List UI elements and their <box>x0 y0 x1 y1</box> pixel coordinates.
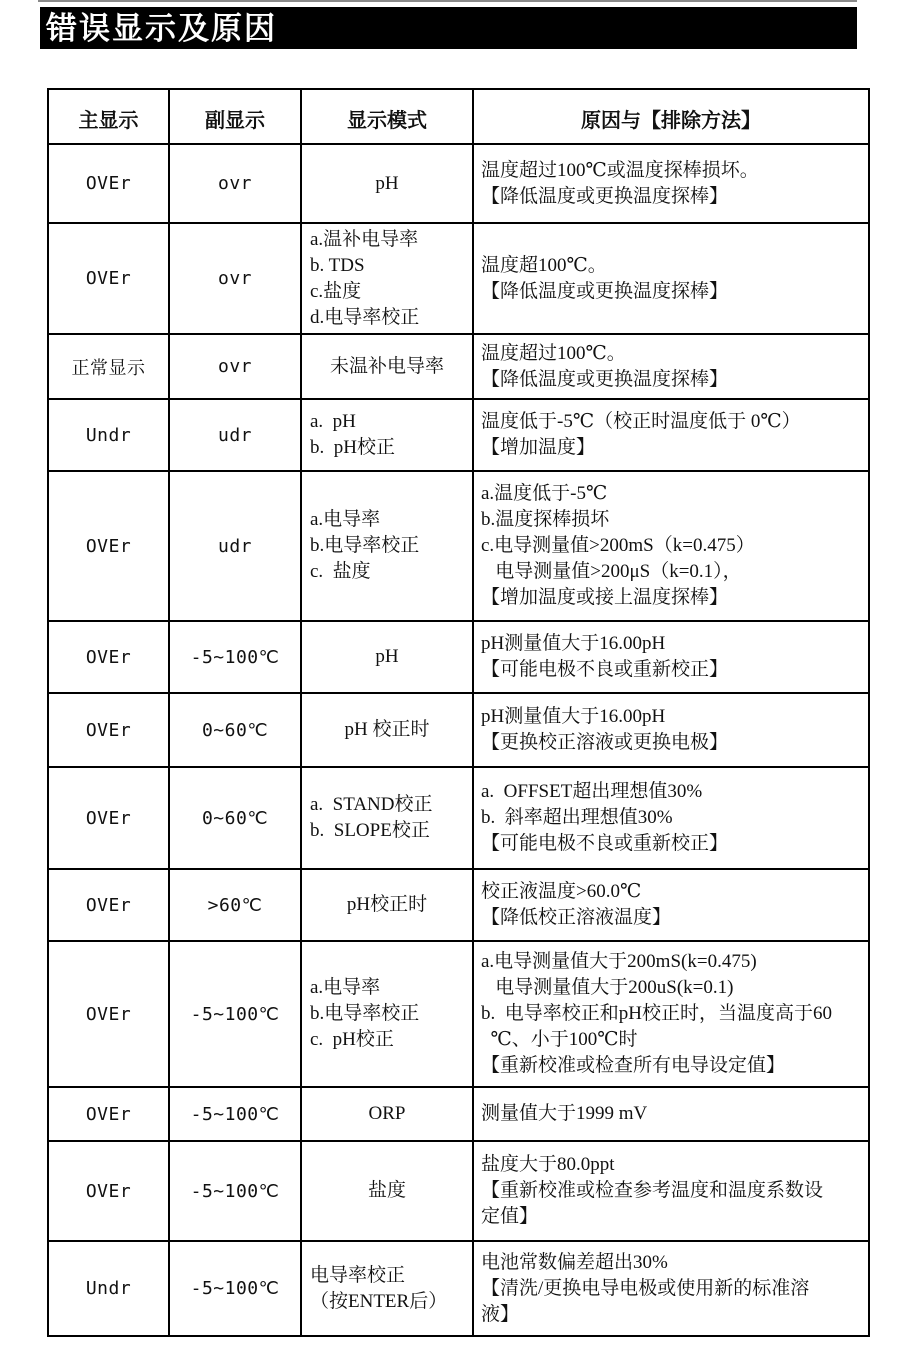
main-display-cell: OVEr <box>48 223 169 334</box>
main-display-cell: OVEr <box>48 144 169 223</box>
cause-cell: a. OFFSET超出理想值30% b. 斜率超出理想值30% 【可能电极不良或… <box>473 767 869 869</box>
sub-display-cell: -5~100℃ <box>169 1087 301 1141</box>
table-row: OVEr udr a.电导率 b.电导率校正 c. 盐度 a.温度低于-5℃ b… <box>48 471 869 621</box>
display-mode-cell: a.电导率 b.电导率校正 c. pH校正 <box>301 941 473 1087</box>
sub-display-cell: udr <box>169 471 301 621</box>
display-mode-cell: 未温补电导率 <box>301 334 473 399</box>
table-row: OVEr ovr a.温补电导率 b. TDS c.盐度 d.电导率校正 温度超… <box>48 223 869 334</box>
display-mode-cell: pH <box>301 144 473 223</box>
table-row: 正常显示 ovr 未温补电导率 温度超过100℃。 【降低温度或更换温度探棒】 <box>48 334 869 399</box>
display-mode-cell: pH 校正时 <box>301 693 473 767</box>
table-row: Undr udr a. pH b. pH校正 温度低于-5℃（校正时温度低于 0… <box>48 399 869 471</box>
table-row: OVEr -5~100℃ ORP 测量值大于1999 mV <box>48 1087 869 1141</box>
cause-cell: 校正液温度>60.0℃ 【降低校正溶液温度】 <box>473 869 869 941</box>
table-row: OVEr >60℃ pH校正时 校正液温度>60.0℃ 【降低校正溶液温度】 <box>48 869 869 941</box>
main-display-cell: OVEr <box>48 869 169 941</box>
col-header-display-mode: 显示模式 <box>301 89 473 144</box>
sub-display-cell: ovr <box>169 223 301 334</box>
main-display-cell: Undr <box>48 399 169 471</box>
cause-cell: a.温度低于-5℃ b.温度探棒损坏 c.电导测量值>200mS（k=0.475… <box>473 471 869 621</box>
sub-display-cell: -5~100℃ <box>169 1141 301 1241</box>
display-mode-cell: a.电导率 b.电导率校正 c. 盐度 <box>301 471 473 621</box>
cause-cell: pH测量值大于16.00pH 【可能电极不良或重新校正】 <box>473 621 869 693</box>
display-mode-cell: a. STAND校正 b. SLOPE校正 <box>301 767 473 869</box>
cause-cell: 测量值大于1999 mV <box>473 1087 869 1141</box>
cause-cell: a.电导测量值大于200mS(k=0.475) 电导测量值大于200uS(k=0… <box>473 941 869 1087</box>
display-mode-cell: pH校正时 <box>301 869 473 941</box>
display-mode-cell: a. pH b. pH校正 <box>301 399 473 471</box>
main-display-cell: Undr <box>48 1241 169 1336</box>
cause-cell: 温度低于-5℃（校正时温度低于 0℃） 【增加温度】 <box>473 399 869 471</box>
sub-display-cell: -5~100℃ <box>169 941 301 1087</box>
col-header-cause-remedy: 原因与【排除方法】 <box>473 89 869 144</box>
main-display-cell: OVEr <box>48 693 169 767</box>
sub-display-cell: -5~100℃ <box>169 1241 301 1336</box>
table-row: OVEr 0~60℃ a. STAND校正 b. SLOPE校正 a. OFFS… <box>48 767 869 869</box>
table-row: Undr -5~100℃ 电导率校正 （按ENTER后） 电池常数偏差超出30%… <box>48 1241 869 1336</box>
main-display-cell: OVEr <box>48 941 169 1087</box>
cause-cell: pH测量值大于16.00pH 【更换校正溶液或更换电极】 <box>473 693 869 767</box>
display-mode-cell: 电导率校正 （按ENTER后） <box>301 1241 473 1336</box>
manual-page: 错误显示及原因 主显示 副显示 显示模式 原因与【排除方法】 OVEr ovr … <box>0 0 900 1346</box>
main-display-cell: OVEr <box>48 1087 169 1141</box>
table-row: OVEr -5~100℃ 盐度 盐度大于80.0ppt 【重新校准或检查参考温度… <box>48 1141 869 1241</box>
sub-display-cell: ovr <box>169 334 301 399</box>
sub-display-cell: 0~60℃ <box>169 693 301 767</box>
cause-cell: 温度超过100℃。 【降低温度或更换温度探棒】 <box>473 334 869 399</box>
main-display-cell: OVEr <box>48 1141 169 1241</box>
display-mode-cell: 盐度 <box>301 1141 473 1241</box>
table-header-row: 主显示 副显示 显示模式 原因与【排除方法】 <box>48 89 869 144</box>
section-title-bar: 错误显示及原因 <box>40 7 857 49</box>
col-header-main-display: 主显示 <box>48 89 169 144</box>
display-mode-cell: a.温补电导率 b. TDS c.盐度 d.电导率校正 <box>301 223 473 334</box>
cause-cell: 温度超100℃。 【降低温度或更换温度探棒】 <box>473 223 869 334</box>
scan-edge-line <box>38 0 857 2</box>
sub-display-cell: ovr <box>169 144 301 223</box>
main-display-cell: 正常显示 <box>48 334 169 399</box>
main-display-cell: OVEr <box>48 767 169 869</box>
main-display-cell: OVEr <box>48 471 169 621</box>
table-row: OVEr 0~60℃ pH 校正时 pH测量值大于16.00pH 【更换校正溶液… <box>48 693 869 767</box>
cause-cell: 温度超过100℃或温度探棒损坏。 【降低温度或更换温度探棒】 <box>473 144 869 223</box>
sub-display-cell: >60℃ <box>169 869 301 941</box>
error-table: 主显示 副显示 显示模式 原因与【排除方法】 OVEr ovr pH 温度超过1… <box>47 88 870 1337</box>
table-row: OVEr -5~100℃ pH pH测量值大于16.00pH 【可能电极不良或重… <box>48 621 869 693</box>
display-mode-cell: ORP <box>301 1087 473 1141</box>
cause-cell: 电池常数偏差超出30% 【清洗/更换电导电极或使用新的标准溶 液】 <box>473 1241 869 1336</box>
page-title: 错误显示及原因 <box>40 13 277 44</box>
cause-cell: 盐度大于80.0ppt 【重新校准或检查参考温度和温度系数设 定值】 <box>473 1141 869 1241</box>
sub-display-cell: -5~100℃ <box>169 621 301 693</box>
sub-display-cell: 0~60℃ <box>169 767 301 869</box>
col-header-sub-display: 副显示 <box>169 89 301 144</box>
table-row: OVEr ovr pH 温度超过100℃或温度探棒损坏。 【降低温度或更换温度探… <box>48 144 869 223</box>
display-mode-cell: pH <box>301 621 473 693</box>
sub-display-cell: udr <box>169 399 301 471</box>
main-display-cell: OVEr <box>48 621 169 693</box>
table-row: OVEr -5~100℃ a.电导率 b.电导率校正 c. pH校正 a.电导测… <box>48 941 869 1087</box>
